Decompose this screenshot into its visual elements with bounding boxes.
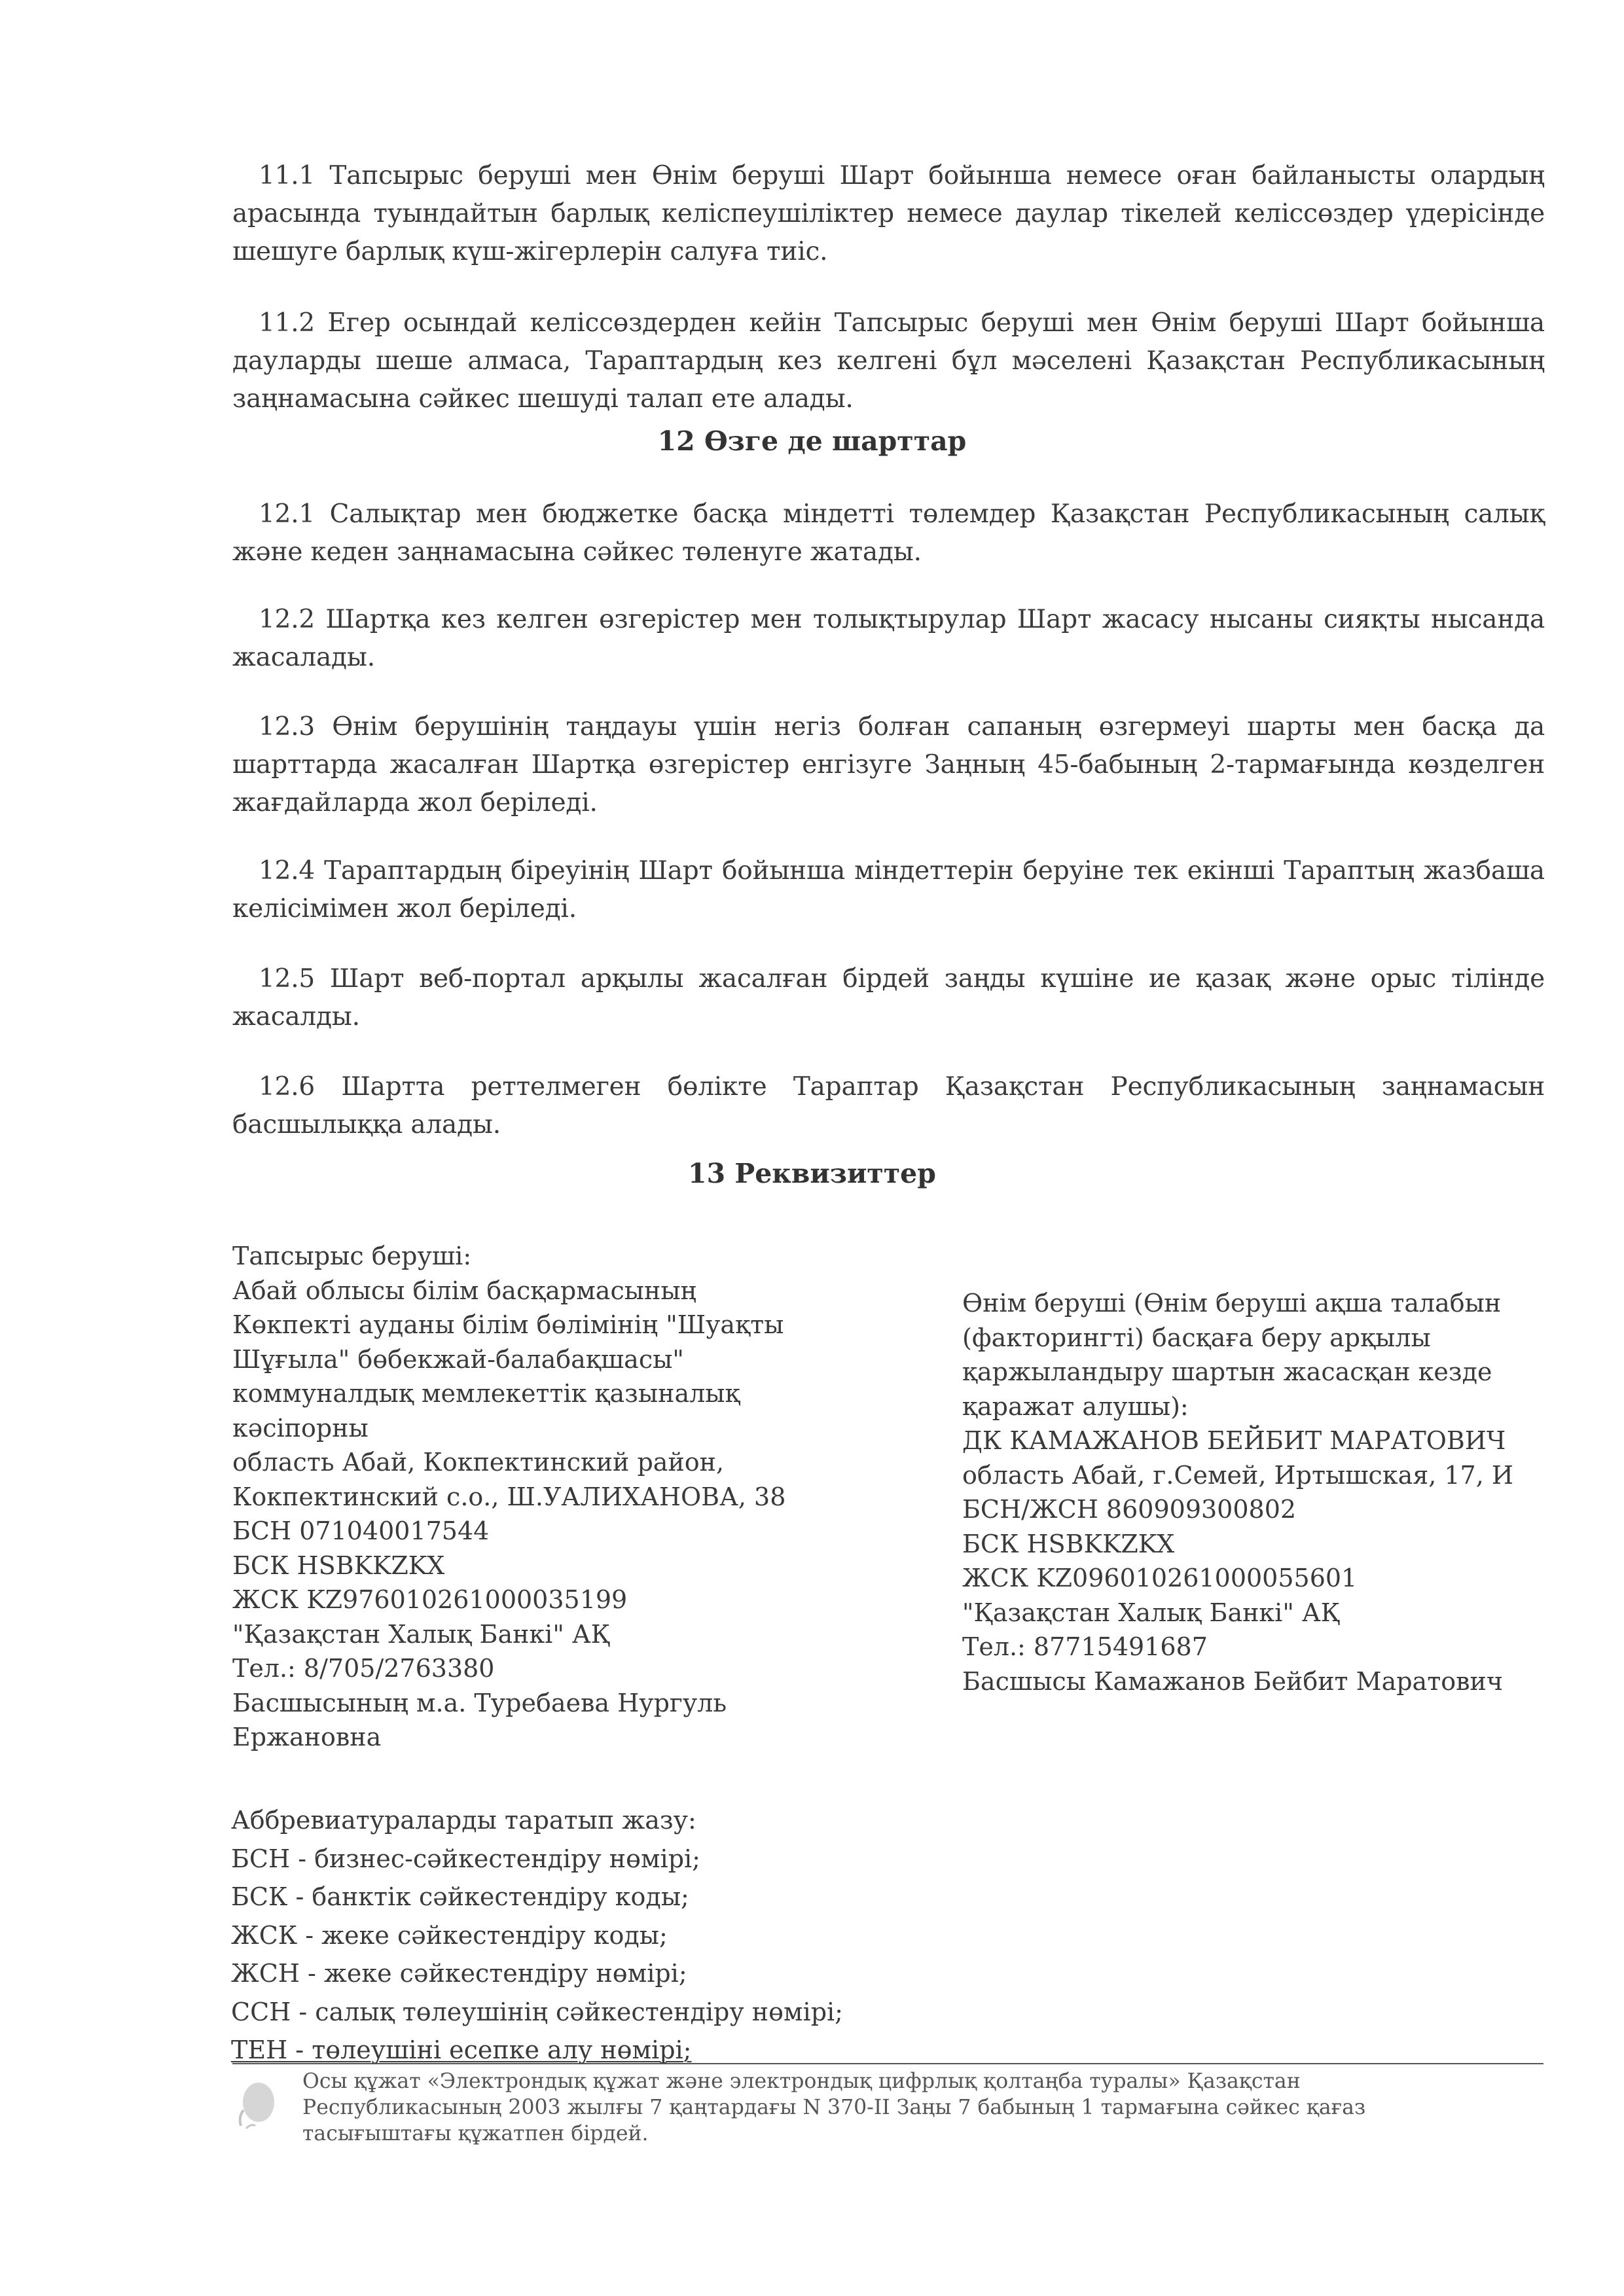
abbreviations-title: Аббревиатураларды таратып жазу: [231,1801,843,1840]
abbreviation-item: БСК - банктік сәйкестендіру коды; [231,1878,843,1916]
customer-line: Кокпектинский с.о., Ш.УАЛИХАНОВА, 38 [232,1480,785,1515]
abbreviation-item: ЖСК - жеке сәйкестендіру коды; [231,1916,843,1955]
supplier-line: (факторингті) басқаға беру арқылы [962,1321,1513,1355]
footer-line: Республикасының 2003 жылғы 7 қаңтардағы … [302,2094,1546,2121]
clause-12-1: 12.1 Салықтар мен бюджетке басқа міндетт… [232,495,1545,571]
clause-11-2: 11.2 Егер осындай келіссөздерден кейін Т… [232,304,1545,418]
supplier-line: Тел.: 87715491687 [962,1630,1513,1664]
egov-seal-icon [237,2080,275,2131]
customer-line: Тел.: 8/705/2763380 [232,1651,785,1686]
footer-line: тасығыштағы құжатпен бірдей. [302,2121,1546,2147]
abbreviation-item: БСН - бизнес-сәйкестендіру нөмірі; [231,1840,843,1878]
clause-12-5: 12.5 Шарт веб-портал арқылы жасалған бір… [232,960,1545,1036]
supplier-requisites: Өнім беруші (Өнім беруші ақша талабын (ф… [962,1286,1513,1698]
customer-line: "Қазақстан Халық Банкі" АҚ [232,1617,785,1652]
footer-divider [232,2063,1543,2064]
document-page: 11.1 Тапсырыс беруші мен Өнім беруші Шар… [0,0,1624,2296]
customer-line: БСК HSBKKZKX [232,1549,785,1583]
supplier-line: Басшысы Камажанов Бейбит Маратович [962,1664,1513,1699]
clause-12-4: 12.4 Тараптардың біреуінің Шарт бойынша … [232,852,1545,928]
clause-12-3: 12.3 Өнім берушінің таңдауы үшін негіз б… [232,708,1545,822]
section-13-heading: 13 Реквизиттер [0,1155,1624,1193]
customer-line: кәсіпорны [232,1411,785,1446]
supplier-line: ДК КАМАЖАНОВ БЕЙБИТ МАРАТОВИЧ [962,1424,1513,1458]
footer-legal-notice: Осы құжат «Электрондық құжат және электр… [302,2068,1546,2147]
supplier-line: БСН/ЖСН 860909300802 [962,1492,1513,1527]
customer-line: коммуналдық мемлекеттік қазыналық [232,1376,785,1411]
supplier-line: ЖСК KZ096010261000055601 [962,1561,1513,1596]
supplier-line: қаражат алушы): [962,1390,1513,1424]
supplier-line: область Абай, г.Семей, Иртышская, 17, И [962,1458,1513,1493]
supplier-line: қаржыландыру шартын жасасқан кезде [962,1355,1513,1390]
supplier-line: "Қазақстан Халық Банкі" АҚ [962,1596,1513,1630]
customer-line: Абай облысы білім басқармасының [232,1274,785,1308]
customer-line: Шұғыла" бөбекжай-балабақшасы" [232,1342,785,1377]
section-12-heading: 12 Өзге де шарттар [0,422,1624,460]
abbreviation-item: ССН - салық төлеушінің сәйкестендіру нөм… [231,1993,843,2032]
clause-12-2: 12.2 Шартқа кез келген өзгерістер мен то… [232,601,1545,677]
footer-line: Осы құжат «Электрондық құжат және электр… [302,2068,1546,2094]
customer-line: ЖСК KZ976010261000035199 [232,1583,785,1617]
customer-line: Басшысының м.а. Туребаева Нургуль [232,1686,785,1721]
clause-11-1: 11.1 Тапсырыс беруші мен Өнім беруші Шар… [232,157,1545,271]
customer-line: область Абай, Кокпектинский район, [232,1445,785,1480]
customer-line: Көкпекті ауданы білім бөлімінің "Шуақты [232,1308,785,1342]
supplier-line: БСК HSBKKZKX [962,1527,1513,1562]
abbreviations-list: Аббревиатураларды таратып жазу: БСН - би… [231,1801,843,2070]
customer-line: БСН 071040017544 [232,1514,785,1549]
customer-line: Тапсырыс беруші: [232,1239,785,1274]
clause-12-6: 12.6 Шартта реттелмеген бөлікте Тараптар… [232,1068,1545,1144]
customer-line: Ержановна [232,1720,785,1755]
supplier-line: Өнім беруші (Өнім беруші ақша талабын [962,1286,1513,1321]
abbreviation-item: ЖСН - жеке сәйкестендіру нөмірі; [231,1954,843,1993]
customer-requisites: Тапсырыс беруші: Абай облысы білім басқа… [232,1239,785,1755]
